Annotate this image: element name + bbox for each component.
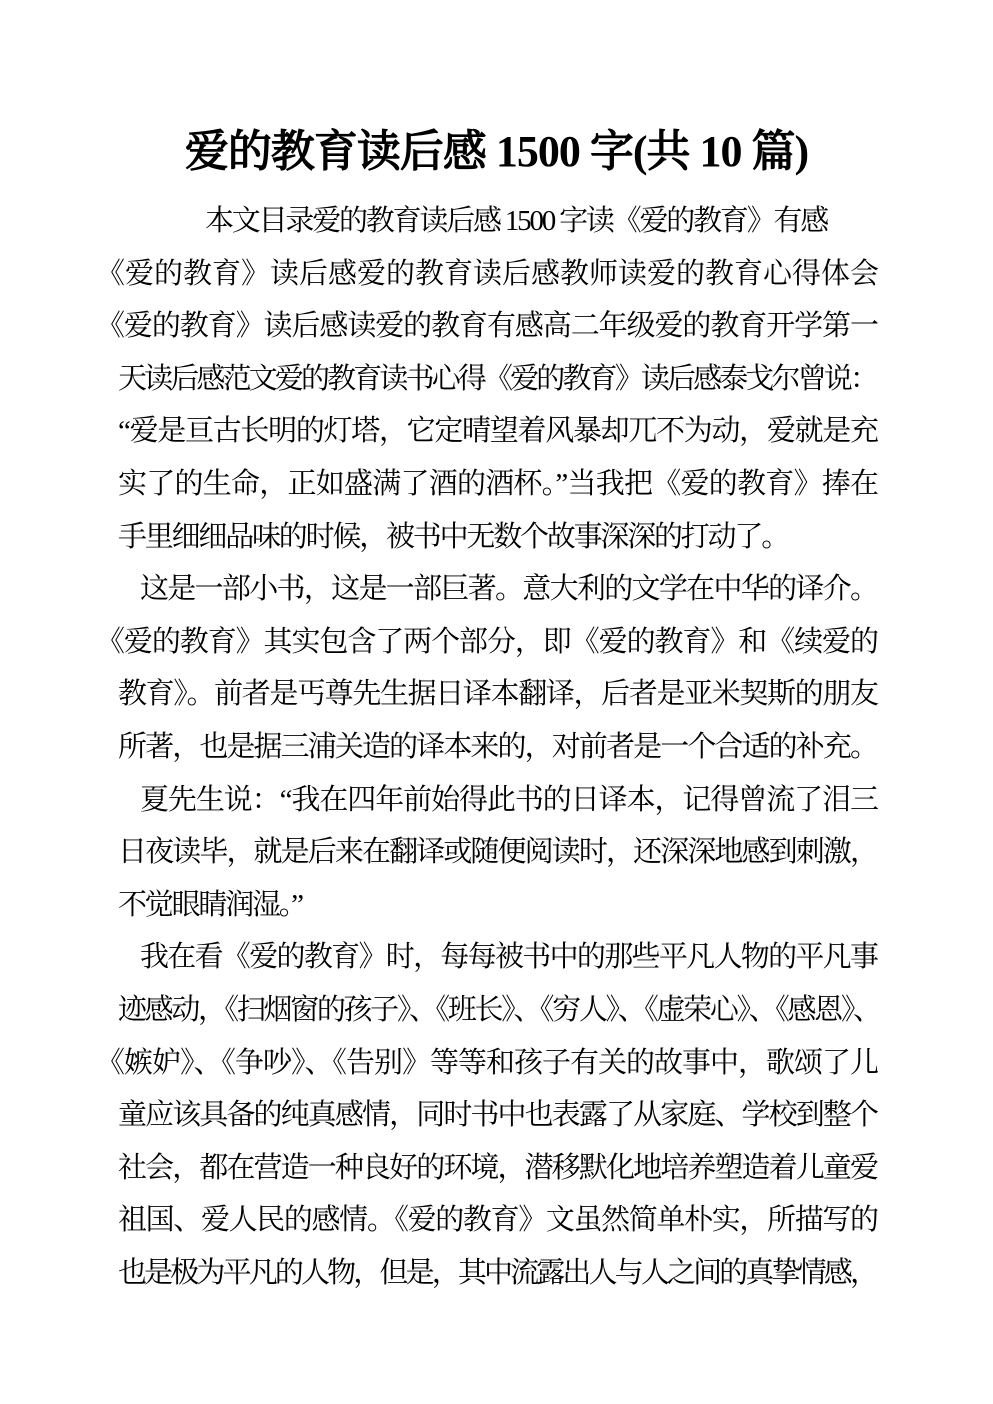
document-line: 我在看《爱的教育》时，每每被书中的那些平凡人物的平凡事 bbox=[0, 931, 993, 984]
document-page: 爱的教育读后感 1500 字(共 10 篇) 本文目录爱的教育读后感 1500 … bbox=[0, 0, 993, 1404]
document-line: 《爱的教育》其实包含了两个部分，即《爱的教育》和《续爱的 bbox=[0, 616, 993, 669]
document-line: 祖国、爱人民的感情。《爱的教育》文虽然简单朴实，所描写的 bbox=[0, 1194, 993, 1247]
document-body: 本文目录爱的教育读后感 1500 字读《爱的教育》有感 《爱的教育》读后感爱的教… bbox=[0, 195, 993, 1299]
document-line: 不觉眼睛润湿。” bbox=[0, 879, 993, 932]
document-line: 童应该具备的纯真感情，同时书中也表露了从家庭、学校到整个 bbox=[0, 1089, 993, 1142]
document-line: 天读后感范文爱的教育读书心得《爱的教育》读后感泰戈尔曾说： bbox=[0, 353, 993, 406]
document-title: 爱的教育读后感 1500 字(共 10 篇) bbox=[0, 120, 993, 184]
document-line: 也是极为平凡的人物，但是，其中流露出人与人之间的真挚情感， bbox=[0, 1247, 993, 1300]
document-line: 本文目录爱的教育读后感 1500 字读《爱的教育》有感 bbox=[0, 195, 993, 248]
document-line: “爱是亘古长明的灯塔，它定晴望着风暴却兀不为动，爱就是充 bbox=[0, 405, 993, 458]
document-line: 实了的生命，正如盛满了酒的酒杯。”当我把《爱的教育》捧在 bbox=[0, 458, 993, 511]
document-line: 《爱的教育》读后感爱的教育读后感教师读爱的教育心得体会 bbox=[0, 248, 993, 301]
document-line: 迹感动，《扫烟窗的孩子》、《班长》、《穷人》、《虚荣心》、《感恩》、 bbox=[0, 984, 993, 1037]
document-line: 日夜读毕，就是后来在翻译或随便阅读时，还深深地感到刺激， bbox=[0, 826, 993, 879]
document-line: 社会，都在营造一种良好的环境，潜移默化地培养塑造着儿童爱 bbox=[0, 1142, 993, 1195]
document-line: 《嫉妒》、《争吵》、《告别》等等和孩子有关的故事中，歌颂了儿 bbox=[0, 1037, 993, 1090]
document-line: 所著，也是据三浦关造的译本来的，对前者是一个合适的补充。 bbox=[0, 721, 993, 774]
document-line: 夏先生说：“我在四年前始得此书的日译本，记得曾流了泪三 bbox=[0, 774, 993, 827]
document-line: 教育》。前者是丐尊先生据日译本翻译，后者是亚米契斯的朋友 bbox=[0, 668, 993, 721]
document-line: 《爱的教育》读后感读爱的教育有感高二年级爱的教育开学第一 bbox=[0, 300, 993, 353]
document-line: 手里细细品味的时候，被书中无数个故事深深的打动了。 bbox=[0, 511, 993, 564]
document-line: 这是一部小书，这是一部巨著。意大利的文学在中华的译介。 bbox=[0, 563, 993, 616]
